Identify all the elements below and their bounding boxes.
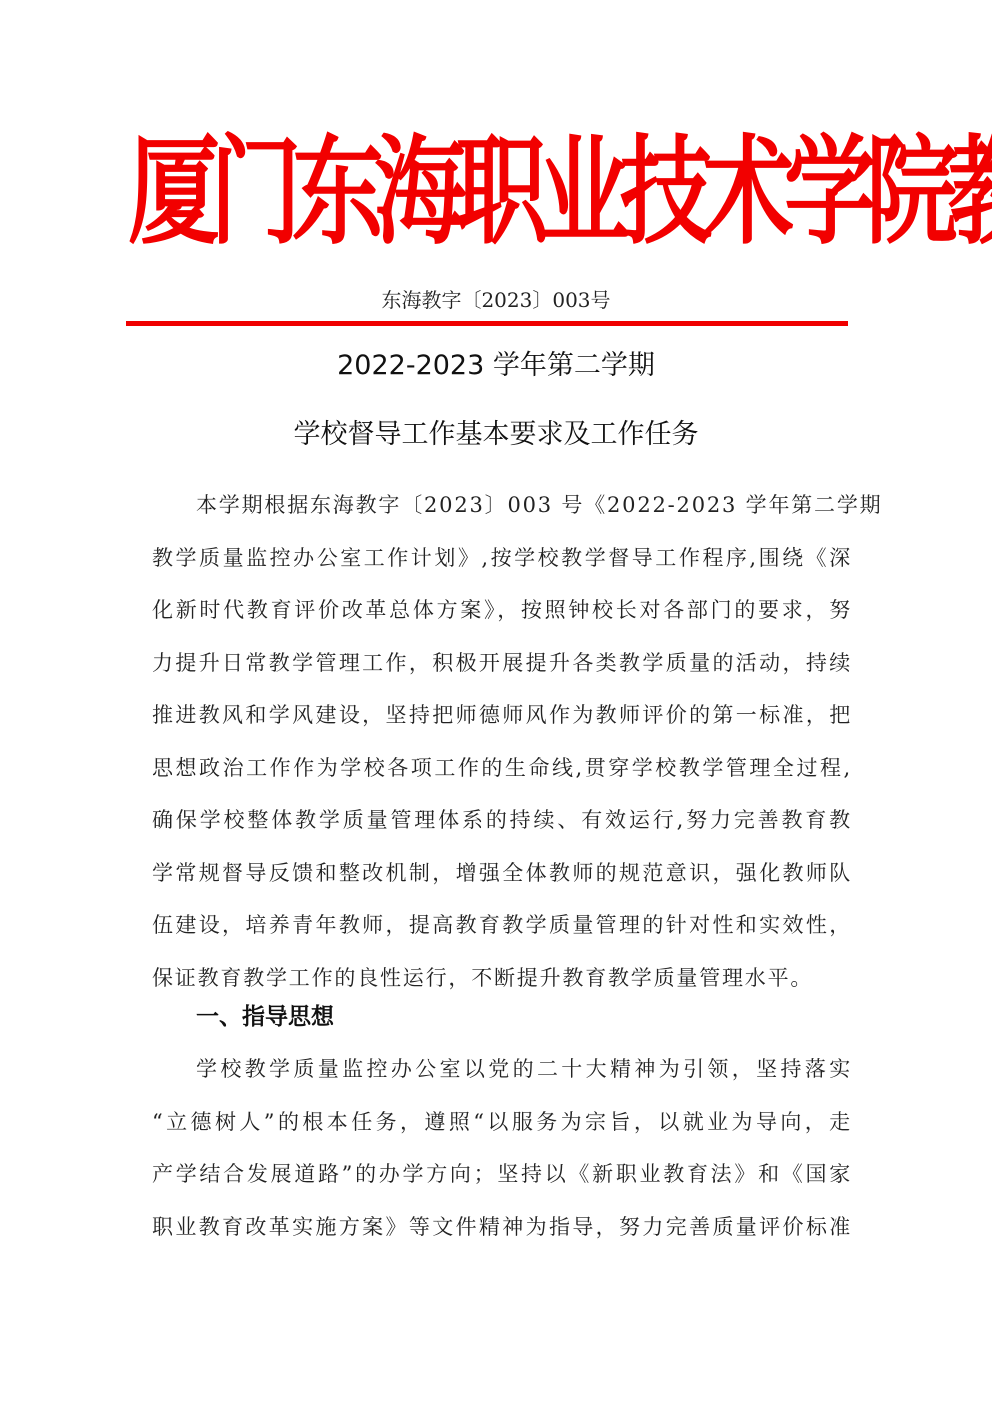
section-heading-guiding-ideology: 一、指导思想 <box>196 995 334 1039</box>
paragraph-line: 教学质量监控办公室工作计划》,按学校教学督导工作程序,围绕《深 <box>152 532 852 585</box>
red-divider-rule <box>126 321 848 326</box>
document-number: 东海教字〔2023〕003号 <box>0 285 992 315</box>
paragraph-line: 思想政治工作作为学校各项工作的生命线,贯穿学校教学管理全过程, <box>152 742 852 795</box>
paragraph-line: 力提升日常教学管理工作，积极开展提升各类教学质量的活动，持续 <box>152 637 852 690</box>
document-title-line-2: 学校督导工作基本要求及工作任务 <box>0 414 992 456</box>
intro-paragraph: 本学期根据东海教字〔2023〕003 号《2022-2023 学年第二学期 教学… <box>152 479 852 1004</box>
masthead-title: 厦门东海职业技术学院教务处 <box>128 110 868 276</box>
paragraph-line: 化新时代教育评价改革总体方案》，按照钟校长对各部门的要求，努 <box>152 584 852 637</box>
paragraph-line: 确保学校整体教学质量管理体系的持续、有效运行,努力完善教育教 <box>152 794 852 847</box>
paragraph-line: 推进教风和学风建设，坚持把师德师风作为教师评价的第一标准，把 <box>152 689 852 742</box>
paragraph-line: 学常规督导反馈和整改机制，增强全体教师的规范意识，强化教师队 <box>152 847 852 900</box>
paragraph-line: “立德树人”的根本任务，遵照“以服务为宗旨，以就业为导向，走 <box>152 1096 852 1149</box>
paragraph-line: 产学结合发展道路”的办学方向；坚持以《新职业教育法》和《国家 <box>152 1148 852 1201</box>
section1-paragraph: 学校教学质量监控办公室以党的二十大精神为引领，坚持落实 “立德树人”的根本任务，… <box>152 1043 852 1253</box>
paragraph-line: 本学期根据东海教字〔2023〕003 号《2022-2023 学年第二学期 <box>152 479 852 532</box>
document-page: 厦门东海职业技术学院教务处 东海教字〔2023〕003号 2022-2023 学… <box>0 0 992 1403</box>
document-title-line-1: 2022-2023 学年第二学期 <box>0 345 992 387</box>
paragraph-line: 学校教学质量监控办公室以党的二十大精神为引领，坚持落实 <box>152 1043 852 1096</box>
paragraph-line: 伍建设，培养青年教师，提高教育教学质量管理的针对性和实效性， <box>152 899 852 952</box>
paragraph-line: 职业教育改革实施方案》等文件精神为指导，努力完善质量评价标准 <box>152 1201 852 1254</box>
